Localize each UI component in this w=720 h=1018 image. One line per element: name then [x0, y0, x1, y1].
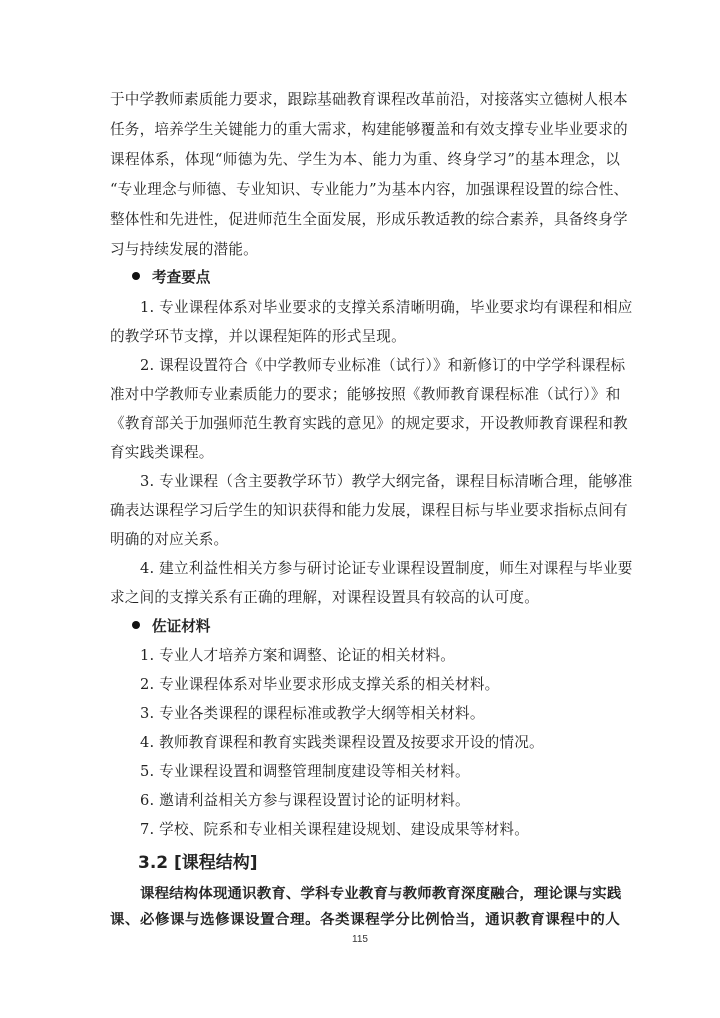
evidence-item: 4. 教师教育课程和教育实践类课程设置及按要求开设的情况。 — [140, 733, 650, 753]
intro-line: 课程体系，体现“师德为先、学生为本、能力为重、终身学习”的基本理念，以 — [110, 150, 620, 170]
page-number: 115 — [0, 934, 720, 945]
key-point-line: 4. 建立利益性相关方参与研讨论证专业课程设置制度，师生对课程与毕业要 — [140, 559, 620, 579]
section-line: 课、必修课与选修课设置合理。各类课程学分比例恰当，通识教育课程中的人 — [110, 910, 620, 930]
key-point-line: 3. 专业课程（含主要教学环节）教学大纲完备，课程目标清晰合理，能够准 — [140, 472, 620, 492]
bullet-icon — [132, 621, 140, 629]
intro-line: 于中学教师素质能力要求，跟踪基础教育课程改革前沿，对接落实立德树人根本 — [110, 90, 620, 110]
evidence-item: 5. 专业课程设置和调整管理制度建设等相关材料。 — [140, 762, 650, 782]
evidence-heading: 佐证材料 — [132, 617, 210, 637]
evidence-heading-text: 佐证材料 — [152, 618, 210, 635]
key-point-line: 的教学环节支撑，并以课程矩阵的形式呈现。 — [110, 327, 620, 347]
key-point-line: 明确的对应关系。 — [110, 530, 620, 550]
evidence-item: 1. 专业人才培养方案和调整、论证的相关材料。 — [140, 646, 650, 666]
intro-line: 整体性和先进性，促进师范生全面发展，形成乐教适教的综合素养，具备终身学 — [110, 210, 620, 230]
key-point-line: 2. 课程设置符合《中学教师专业标准（试行）》和新修订的中学学科课程标 — [140, 356, 620, 376]
evidence-item: 3. 专业各类课程的课程标准或教学大纲等相关材料。 — [140, 704, 650, 724]
key-points-heading: 考查要点 — [132, 268, 210, 288]
key-point-line: 1. 专业课程体系对毕业要求的支撑关系清晰明确，毕业要求均有课程和相应 — [140, 298, 620, 318]
key-point-line: 育实践类课程。 — [110, 443, 620, 463]
section-line: 课程结构体现通识教育、学科专业教育与教师教育深度融合，理论课与实践 — [140, 884, 620, 904]
evidence-item: 7. 学校、院系和专业相关课程建设规划、建设成果等材料。 — [140, 820, 650, 840]
evidence-item: 2. 专业课程体系对毕业要求形成支撑关系的相关材料。 — [140, 675, 650, 695]
key-point-line: 《教育部关于加强师范生教育实践的意见》的规定要求，开设教师教育课程和教 — [110, 414, 620, 434]
intro-line: 习与持续发展的潜能。 — [110, 240, 620, 260]
intro-line: “专业理念与师德、专业知识、专业能力”为基本内容，加强课程设置的综合性、 — [110, 180, 620, 200]
intro-line: 任务，培养学生关键能力的重大需求，构建能够覆盖和有效支撑专业毕业要求的 — [110, 120, 620, 140]
bullet-icon — [132, 272, 140, 280]
key-point-line: 准对中学教师专业素质能力的要求；能够按照《教师教育课程标准（试行）》和 — [110, 385, 620, 405]
section-title: 3.2 [课程结构] — [138, 852, 258, 874]
key-points-heading-text: 考查要点 — [152, 269, 210, 286]
evidence-item: 6. 邀请利益相关方参与课程设置讨论的证明材料。 — [140, 791, 650, 811]
key-point-line: 确表达课程学习后学生的知识获得和能力发展，课程目标与毕业要求指标点间有 — [110, 501, 620, 521]
key-point-line: 求之间的支撑关系有正确的理解，对课程设置具有较高的认可度。 — [110, 588, 620, 608]
